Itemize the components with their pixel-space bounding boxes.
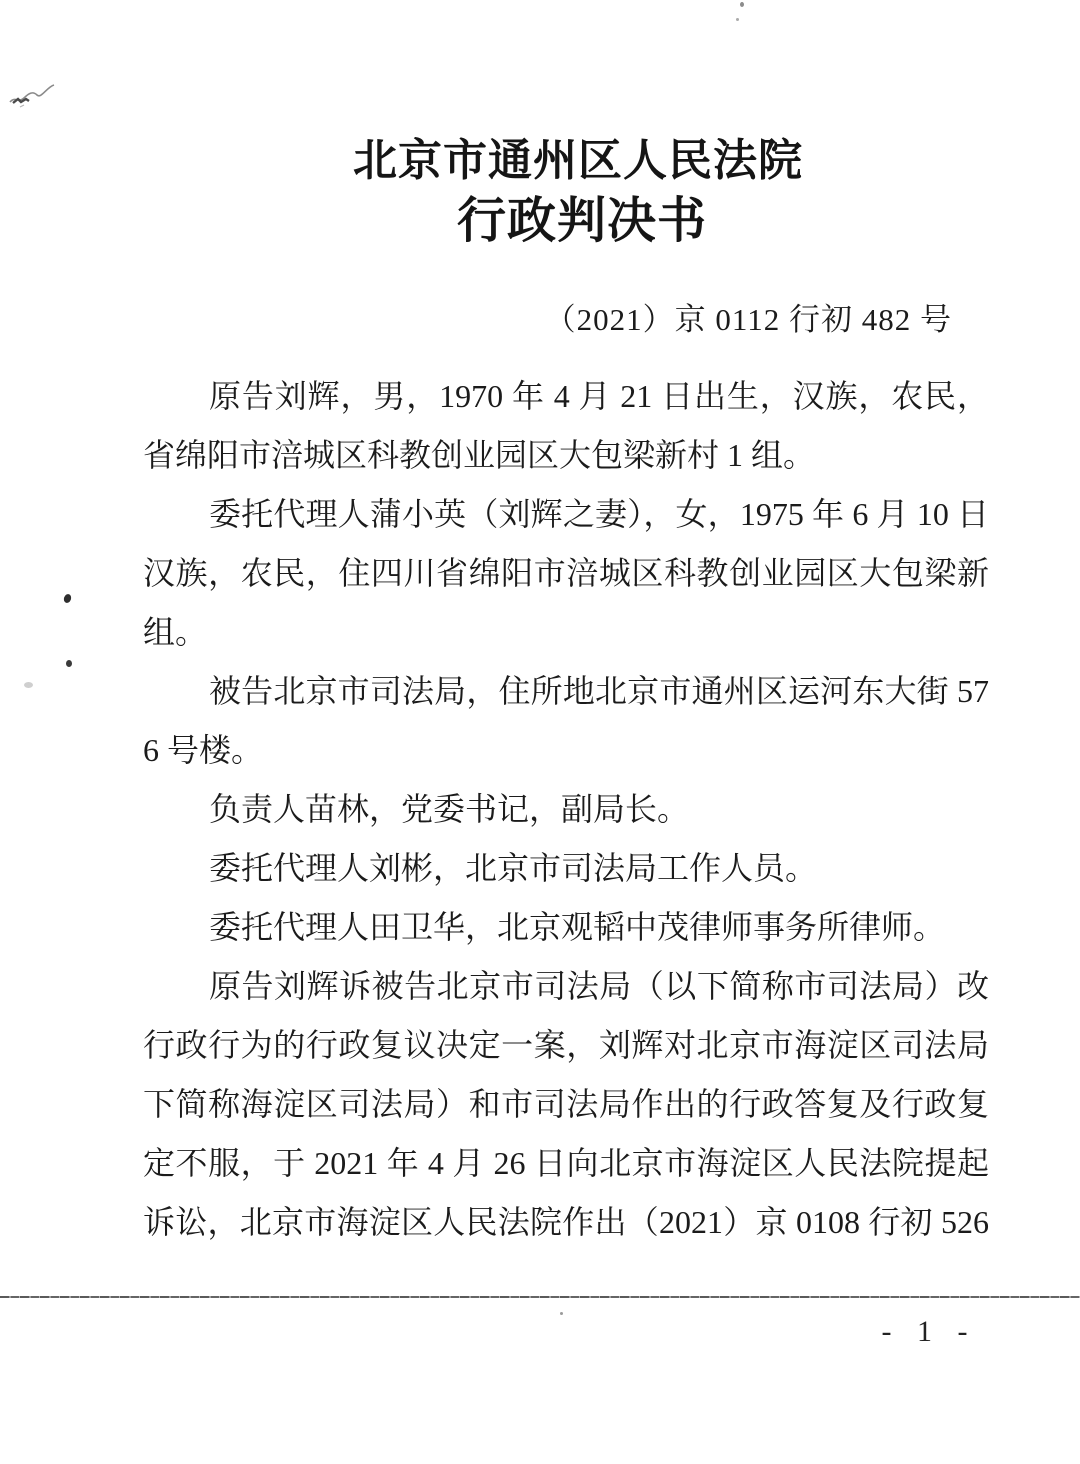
judgment-document-page: 北京市通州区人民法院 行政判决书 （2021）京 0112 行初 482 号 原… bbox=[0, 0, 1080, 1464]
page-number: - 1 - bbox=[856, 1315, 996, 1349]
scan-speck bbox=[66, 660, 72, 667]
body-text-line: 汉族，农民，住四川省绵阳市涪城区科教创业园区大包梁新村 1 bbox=[143, 544, 989, 603]
court-name-title: 北京市通州区人民法院 bbox=[38, 124, 1080, 188]
body-text-line: 委托代理人刘彬，北京市司法局工作人员。 bbox=[143, 839, 989, 898]
body-text-line: 原告刘辉诉被告北京市司法局（以下简称市司法局）改变原 bbox=[143, 957, 989, 1016]
scan-artifact-squiggle bbox=[6, 74, 62, 114]
body-text-line: 组。 bbox=[143, 603, 989, 662]
body-text-line: 省绵阳市涪城区科教创业园区大包梁新村 1 组。 bbox=[143, 426, 989, 485]
scan-speck bbox=[63, 593, 73, 604]
body-text-line: 原告刘辉，男，1970 年 4 月 21 日出生，汉族，农民，住四川 bbox=[143, 367, 989, 426]
body-text-line: 被告北京市司法局，住所地北京市通州区运河东大街 57 号院 bbox=[143, 662, 989, 721]
scan-speck bbox=[740, 2, 744, 7]
body-text-line: 诉讼，北京市海淀区人民法院作出（2021）京 0108 行初 526 号行 bbox=[143, 1193, 989, 1252]
document-type-title: 行政判决书 bbox=[42, 182, 1080, 252]
scan-speck bbox=[24, 682, 33, 688]
body-text-line: 负责人苗林，党委书记，副局长。 bbox=[143, 780, 989, 839]
body-text-line: 委托代理人蒲小英（刘辉之妻），女，1975 年 6 月 10 日出生， bbox=[143, 485, 989, 544]
scan-speck bbox=[560, 1312, 563, 1315]
body-text-line: 行政行为的行政复议决定一案，刘辉对北京市海淀区司法局（以 bbox=[143, 1016, 989, 1075]
body-text-line: 6 号楼。 bbox=[143, 721, 989, 780]
scan-speck bbox=[736, 18, 739, 21]
case-number: （2021）京 0112 行初 482 号 bbox=[545, 294, 952, 339]
body-text-line: 定不服，于 2021 年 4 月 26 日向北京市海淀区人民法院提起行政 bbox=[143, 1134, 989, 1193]
footer-divider-line bbox=[0, 1296, 1080, 1298]
body-text-line: 委托代理人田卫华，北京观韬中茂律师事务所律师。 bbox=[143, 898, 989, 957]
body-text-line: 下简称海淀区司法局）和市司法局作出的行政答复及行政复议决 bbox=[143, 1075, 989, 1134]
judgment-body-text: 原告刘辉，男，1970 年 4 月 21 日出生，汉族，农民，住四川省绵阳市涪城… bbox=[143, 367, 989, 1252]
